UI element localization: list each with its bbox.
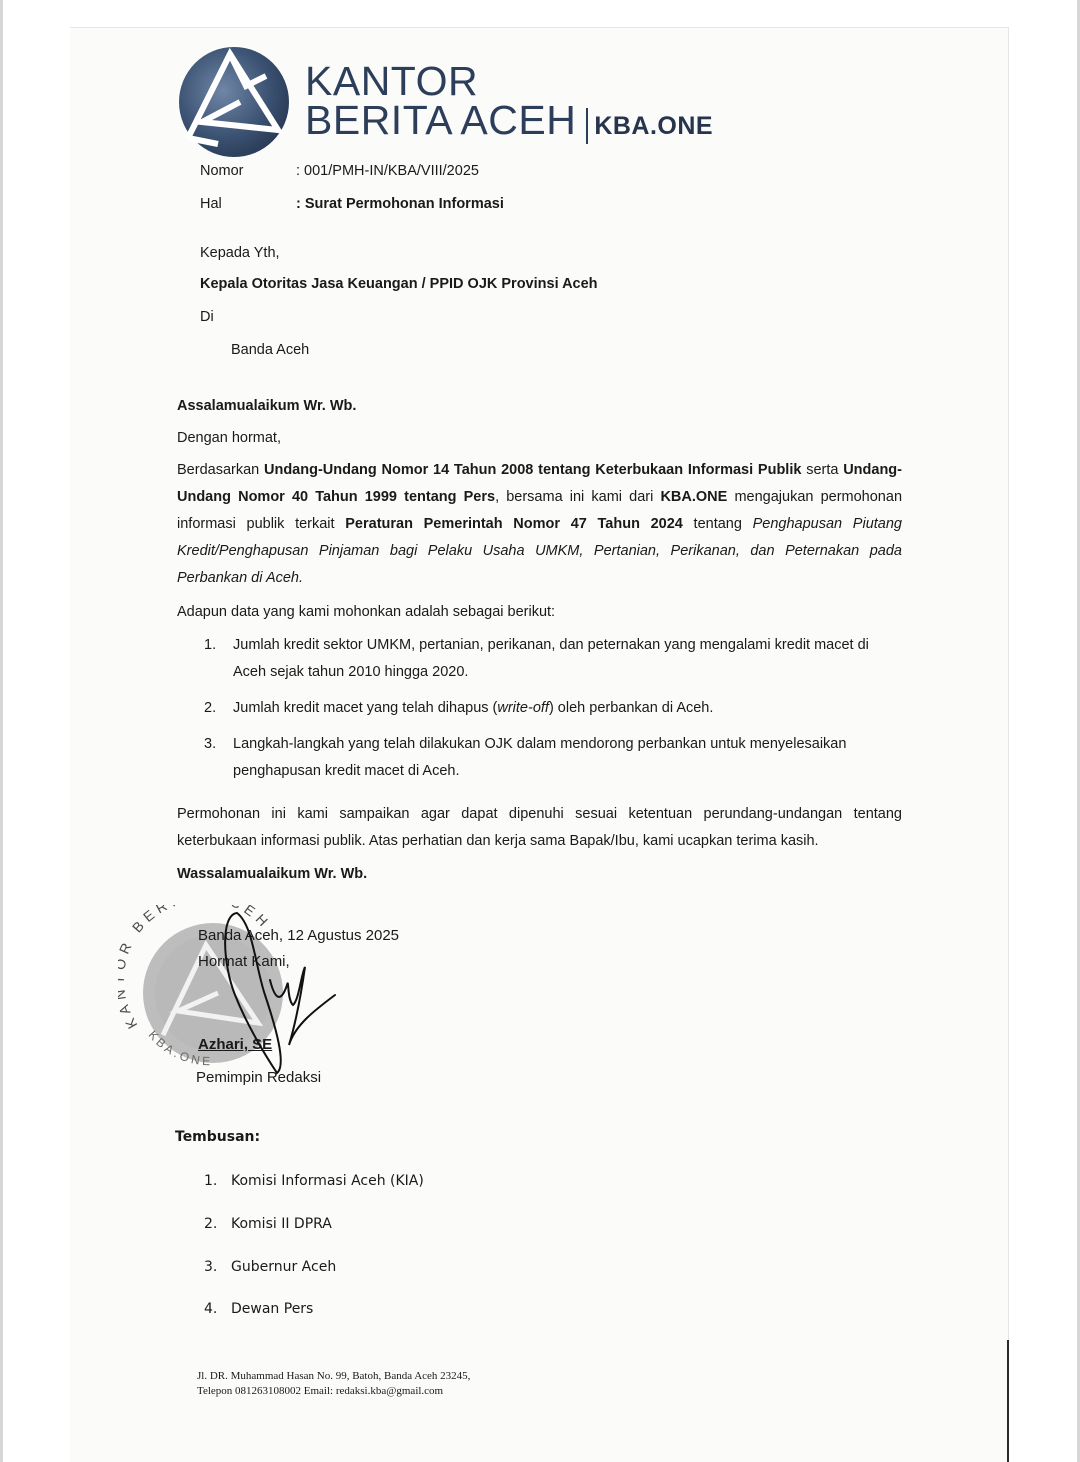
handwritten-signature-icon [215,905,355,1080]
cc-heading: Tembusan: [175,1129,260,1145]
farewell: Wassalamualaikum Wr. Wb. [177,866,367,882]
brand-divider [586,108,588,144]
cc-item-num: 3. [204,1259,217,1275]
list-item: 1. Jumlah kredit sektor UMKM, pertanian,… [204,632,904,686]
closing-paragraph: Permohonan ini kami sampaikan agar dapat… [177,801,902,855]
cc-item: Gubernur Aceh [231,1259,336,1275]
hal-value: : Surat Permohonan Informasi [296,196,504,212]
request-list: 1. Jumlah kredit sektor UMKM, pertanian,… [204,632,904,794]
nomor-value: : 001/PMH-IN/KBA/VIII/2025 [296,163,479,179]
footer-phone-email: Telepon 081263108002 Email: redaksi.kba@… [197,1384,470,1399]
kba-logo-icon [178,46,290,158]
cc-item-num: 1. [204,1173,217,1189]
footer-contact: Jl. DR. Muhammad Hasan No. 99, Batoh, Ba… [197,1369,470,1399]
brand-line-1: KANTOR [305,62,713,100]
list-item: 2. Jumlah kredit macet yang telah dihapu… [204,695,904,722]
recipient-di: Di [200,309,214,325]
page-border-line [1007,1340,1009,1462]
recipient-city: Banda Aceh [231,342,309,358]
cc-item: Komisi II DPRA [231,1216,332,1232]
viewer-edge-left [0,0,3,1462]
main-paragraph: Berdasarkan Undang-Undang Nomor 14 Tahun… [177,457,902,592]
list-item: 3. Langkah-langkah yang telah dilakukan … [204,731,904,785]
footer-address: Jl. DR. Muhammad Hasan No. 99, Batoh, Ba… [197,1369,470,1384]
cc-item: Komisi Informasi Aceh (KIA) [231,1173,424,1189]
recipient-salutation: Kepada Yth, [200,245,280,261]
cc-item: Dewan Pers [231,1301,313,1317]
hal-label: Hal [200,196,222,212]
brand-short: KBA.ONE [594,112,713,140]
cc-item-num: 2. [204,1216,217,1232]
cc-item-num: 4. [204,1301,217,1317]
brand-wordmark: KANTOR BERITA ACEH KBA.ONE [305,62,713,140]
opening: Dengan hormat, [177,430,281,446]
nomor-label: Nomor [200,163,244,179]
brand-line-2: BERITA ACEH [305,100,576,140]
recipient-name: Kepala Otoritas Jasa Keuangan / PPID OJK… [200,276,598,292]
greeting: Assalamualaikum Wr. Wb. [177,398,356,414]
list-intro: Adapun data yang kami mohonkan adalah se… [177,604,555,620]
